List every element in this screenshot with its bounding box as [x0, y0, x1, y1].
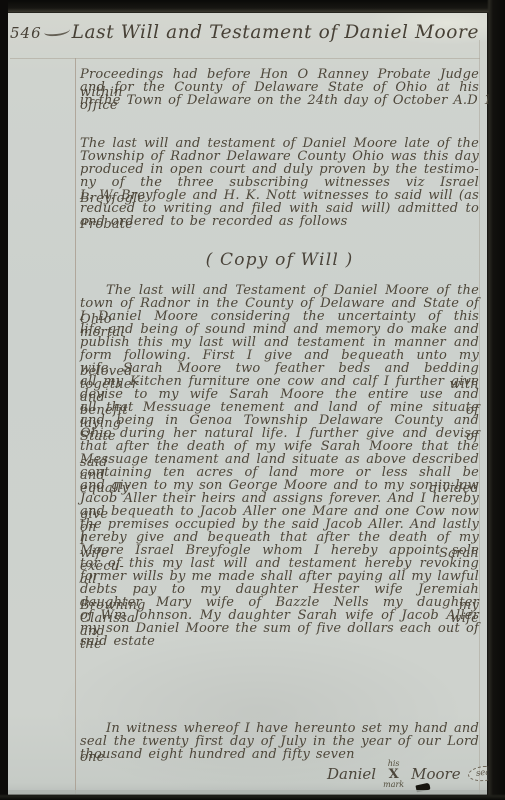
- text-line: Proceedings had before Hon O Ranney Prob…: [80, 66, 479, 79]
- title-flourish-decoration: [43, 25, 70, 37]
- scanned-ledger-page: 546Last Will and Testament of Daniel Moo…: [0, 0, 505, 800]
- text-line: former wills by me made shall after payi…: [80, 569, 479, 582]
- text-line: I Daniel Moore considering the uncertain…: [80, 309, 479, 322]
- text-line: debts pay to my daughter Hester wife Jer…: [80, 582, 479, 595]
- signature-block: Daniel his X mark Moore seal: [327, 758, 501, 789]
- scan-edge-left: [0, 0, 8, 800]
- header-rule: [10, 58, 480, 59]
- text-line: devise to my wife Sarah Moore the entire…: [80, 387, 479, 400]
- text-line: The last will and Testament of Daniel Mo…: [80, 283, 479, 296]
- proceedings-paragraph: Proceedings had before Hon O Ranney Prob…: [80, 66, 479, 110]
- text-line: seal the twenty first day of July in the…: [80, 734, 479, 747]
- probate-entry-paragraph: The last will and testament of Daniel Mo…: [80, 136, 479, 230]
- document-title: Last Will and Testament of Daniel Moore: [72, 22, 479, 43]
- text-line: Township of Radnor Delaware County Ohio …: [80, 149, 479, 162]
- text-line: containing ten acres of land more or les…: [80, 465, 479, 478]
- text-line: tor of this my last will and testament h…: [80, 556, 479, 569]
- will-body-paragraph: The last will and Testament of Daniel Mo…: [80, 283, 479, 650]
- text-line: The last will and testament of Daniel Mo…: [80, 136, 479, 149]
- text-line: said estate: [80, 634, 479, 650]
- text-line: wife Sarah Moore two feather beds and be…: [80, 361, 479, 374]
- text-line: my son Daniel Moore the sum of five doll…: [80, 621, 479, 634]
- text-line: the premises occupied by the said Jacob …: [80, 517, 479, 530]
- text-line: and ordered to be recorded as follows: [80, 214, 479, 230]
- copy-of-will-heading: ( Copy of Will ): [80, 250, 479, 270]
- text-line: daughter Mary wife of Bazzle Nells my da…: [80, 595, 479, 608]
- text-line: that after the death of my wife Sarah Mo…: [80, 439, 479, 452]
- text-line: and for the County of Delaware State of …: [80, 79, 479, 92]
- text-line: and being in Genoa Township Delaware Cou…: [80, 413, 479, 426]
- text-line: all that Messuage tenement and land of m…: [80, 400, 479, 413]
- text-line: form following. First I give and bequeat…: [80, 348, 479, 361]
- text-line: hereby give and bequeath that after the …: [80, 530, 479, 543]
- text-line: In witness whereof I have hereunto set m…: [80, 721, 479, 734]
- scan-edge-bottom: [0, 794, 505, 800]
- text-line: of Wm Johnson. My daughter Sarah wife of…: [80, 608, 479, 621]
- text-line: Ohio during her natural life. I further …: [80, 426, 479, 439]
- left-margin-rule: [75, 58, 76, 794]
- text-line: and bequeath to Jacob Aller one Mare and…: [80, 504, 479, 517]
- text-line: Messuage tenament and land situate as ab…: [80, 452, 479, 465]
- signature-x-mark: his X mark: [383, 760, 404, 789]
- text-line: all my Kitchen furniture one cow and cal…: [80, 374, 479, 387]
- text-line: Moore Israel Breyfogle whom I hereby app…: [80, 543, 479, 556]
- page-header: 546Last Will and Testament of Daniel Moo…: [10, 22, 480, 43]
- scan-edge-top: [0, 0, 505, 13]
- text-line: L. W. Breyfogle and H. K. Nott witnesses…: [80, 188, 479, 201]
- signature-mark-label: mark: [383, 781, 404, 789]
- scan-edge-right: [487, 0, 505, 800]
- text-line: produced in open court and duly proven b…: [80, 162, 479, 175]
- text-line: ny of the three subscribing witnesses vi…: [80, 175, 479, 188]
- text-line: town of Radnor in the County of Delaware…: [80, 296, 479, 309]
- signature-last-name: Moore: [411, 765, 460, 783]
- text-line: Jacob Aller their heirs and assigns fore…: [80, 491, 479, 504]
- signature-first-name: Daniel: [327, 765, 376, 783]
- attestation-paragraph: In witness whereof I have hereunto set m…: [80, 721, 479, 763]
- page-number: 546: [10, 24, 42, 42]
- text-line: life and being of sound mind and memory …: [80, 322, 479, 335]
- text-line: reduced to writing and filed with said w…: [80, 201, 479, 214]
- text-line: and given to my son George Moore and to …: [80, 478, 479, 491]
- text-line: in the Town of Delaware on the 24th day …: [80, 92, 479, 110]
- text-line: publish this my last will and testament …: [80, 335, 479, 348]
- right-margin-rule: [479, 40, 480, 794]
